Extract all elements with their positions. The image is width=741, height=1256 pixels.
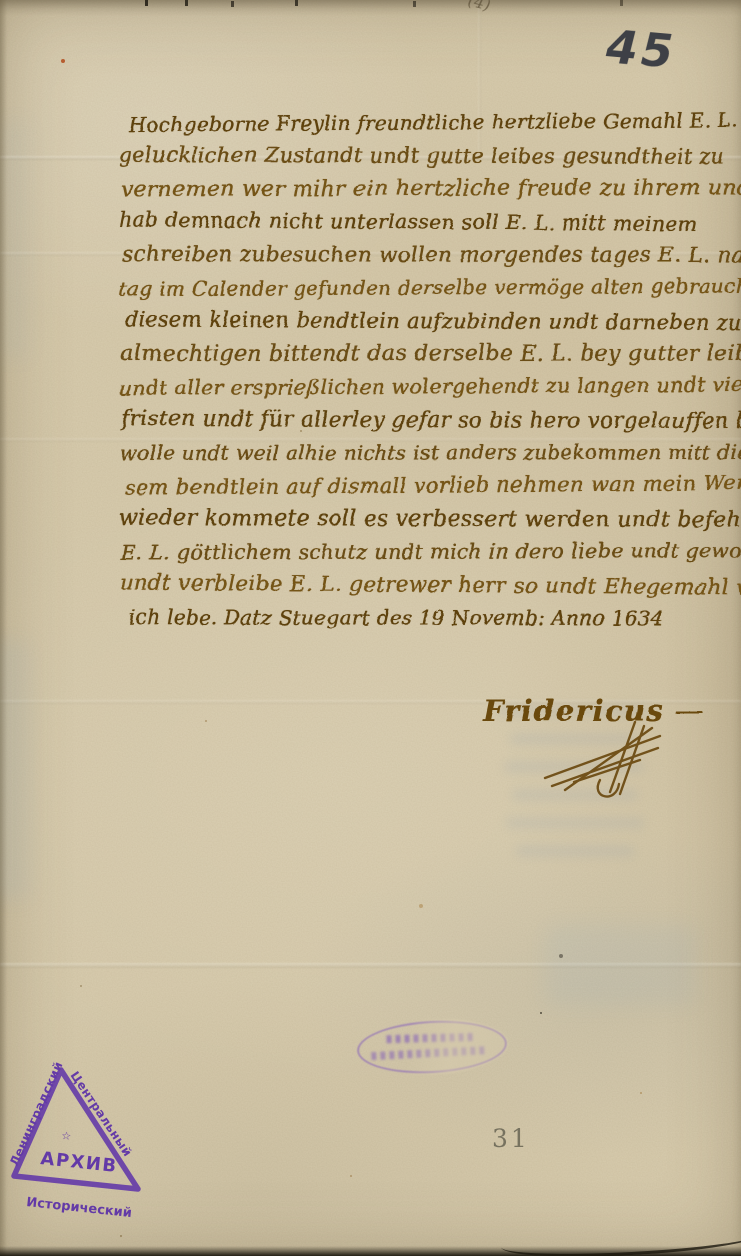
handwriting-line: fristen undt für allerley gefar so bis h… — [121, 402, 658, 438]
handwriting-line: vernemen wer mihr ein hertzliche freude … — [120, 171, 658, 206]
handwriting-line: sem bendtlein auf dismall vorlieb nehmen… — [124, 467, 658, 504]
handwriting-line: Hochgeborne Freylin freundtliche hertzli… — [128, 104, 658, 141]
torn-top-edge — [0, 0, 741, 16]
handwriting-line: almechtigen bittendt das derselbe E. L. … — [120, 337, 658, 370]
handwriting-line: ich lebe. Datz Stuegart des 19 Novemb: A… — [128, 601, 658, 635]
handwriting-line: undt aller ersprießlichen wolergehendt z… — [118, 368, 658, 404]
ink-showthrough — [506, 818, 644, 828]
oval-stamp-text-line — [371, 1046, 485, 1060]
letter-body: Hochgeborne Freylin freundtliche hertzli… — [118, 106, 658, 634]
blue-wash — [545, 925, 695, 1005]
handwriting-line: diesem kleinen bendtlein aufzubinden und… — [124, 302, 658, 338]
cropped-ink-marks-top-edge — [145, 0, 148, 6]
handwriting-line: gelucklichen Zustandt undt gutte leibes … — [118, 138, 658, 173]
handwriting-line: E. L. göttlichem schutz undt mich in der… — [120, 534, 658, 569]
oval-stamp-text-line — [386, 1033, 472, 1043]
triangle-archive-stamp: Ленинградский Центральный Исторический ☆… — [4, 1062, 164, 1222]
stamp-bottom-text: Исторический — [26, 1195, 133, 1221]
ink-showthrough — [516, 846, 634, 856]
signature-dash: — — [673, 693, 704, 727]
page-number: 31 — [492, 1124, 530, 1153]
handwriting-line: schreiben zubesuchen wollen morgendes ta… — [122, 238, 658, 272]
archive-folio-number: 45 — [600, 19, 683, 78]
stamp-right-text: Центральный — [68, 1069, 135, 1159]
stamp-center-text: АРХИВ — [39, 1148, 118, 1177]
oval-archive-stamp — [356, 1017, 509, 1077]
signature-flourish — [540, 716, 672, 800]
handwriting-line: wieder kommete soll es verbessert werden… — [118, 501, 658, 536]
handwriting-line: wolle undt weil alhie nichts ist anders … — [119, 436, 658, 470]
manuscript-page: (4) 45 31 Hochgeborne Freylin freundtlic… — [0, 0, 741, 1256]
handwriting-line: tag im Calender gefunden derselbe vermög… — [118, 270, 658, 306]
stamp-star-icon: ☆ — [61, 1129, 72, 1143]
handwriting-line: hab demnach nicht unterlassen soll E. L.… — [118, 203, 658, 240]
handwriting-line: undt verbleibe E. L. getrewer herr so un… — [119, 566, 658, 603]
